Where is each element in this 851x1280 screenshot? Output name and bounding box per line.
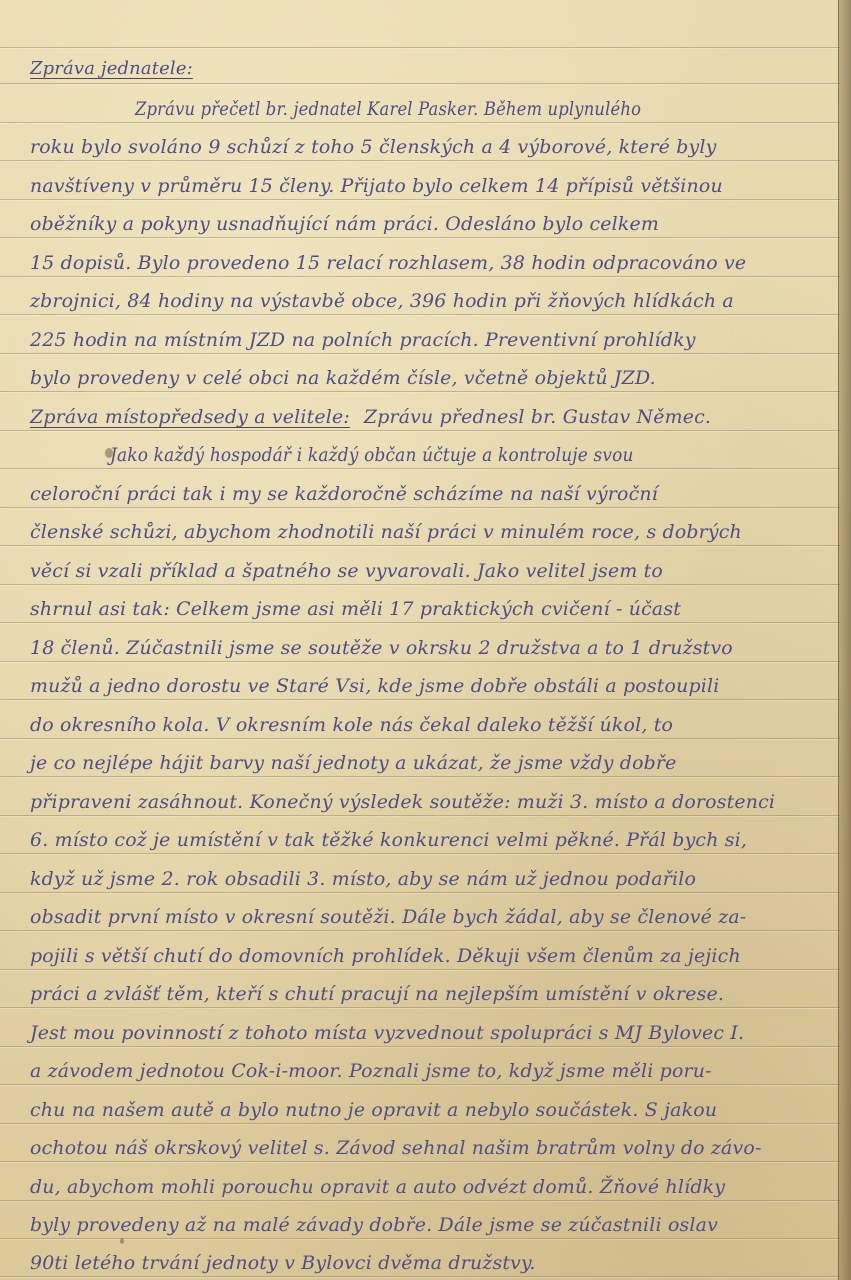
text-line: pojili s větší chutí do domovních prohlí…	[30, 947, 815, 966]
text-line: roku bylo svoláno 9 schůzí z toho 5 člen…	[30, 138, 815, 157]
ruled-line	[0, 353, 840, 354]
ruled-line	[0, 237, 840, 238]
text-line: 90ti letého trvání jednoty v Bylovci dvě…	[30, 1254, 815, 1273]
text-line: celoroční práci tak i my se každoročně s…	[30, 485, 815, 504]
text-line: 15 dopisů. Bylo provedeno 15 relací rozh…	[30, 254, 815, 273]
ruled-line	[0, 930, 840, 931]
ruled-line	[0, 969, 840, 970]
ruled-line	[0, 584, 840, 585]
ruled-line	[0, 507, 840, 508]
text-line: obsadit první místo v okresní soutěži. D…	[30, 908, 815, 927]
ledger-page: Zpráva jednatele: Zprávu přečetl br. jed…	[0, 0, 851, 1280]
ruled-line	[0, 1046, 840, 1047]
ruled-line	[0, 160, 840, 161]
text-line: zbrojnici, 84 hodiny na výstavbě obce, 3…	[30, 292, 815, 311]
text-line: ochotou náš okrskový velitel s. Závod se…	[30, 1139, 815, 1158]
text-line: Zprávu přečetl br. jednatel Karel Pasker…	[135, 100, 815, 119]
ruled-line	[0, 699, 840, 700]
ruled-line	[0, 1200, 840, 1201]
ruled-line	[0, 892, 840, 893]
text-line: členské schůzi, abychom zhodnotili naší …	[30, 523, 815, 542]
ruled-line	[0, 1123, 840, 1124]
ruled-line	[0, 815, 840, 816]
ruled-line	[0, 776, 840, 777]
ruled-line	[0, 391, 840, 392]
text-line: připraveni zasáhnout. Konečný výsledek s…	[30, 793, 815, 812]
text-line: Jest mou povinností z tohoto místa vyzve…	[30, 1024, 815, 1043]
ruled-line	[0, 468, 840, 469]
ruled-line	[0, 1276, 840, 1277]
text-line: věcí si vzali příklad a špatného se vyva…	[30, 562, 815, 581]
ruled-line	[0, 47, 840, 48]
ruled-line	[0, 545, 840, 546]
ruled-line	[0, 83, 840, 84]
text-line: 6. místo což je umístění v tak těžké kon…	[30, 831, 815, 850]
text-line: chu na našem autě a bylo nutno je opravi…	[30, 1101, 815, 1120]
text-line: navštíveny v průměru 15 členy. Přijato b…	[30, 177, 815, 196]
text-line: oběžníky a pokyny usnadňující nám práci.…	[30, 215, 815, 234]
ruled-line	[0, 1007, 840, 1008]
text-line: do okresního kola. V okresním kole nás č…	[30, 716, 815, 735]
text-line: bylo provedeny v celé obci na každém čís…	[30, 369, 815, 388]
text-line: když už jsme 2. rok obsadili 3. místo, a…	[30, 870, 815, 889]
ruled-line	[0, 622, 840, 623]
text-line: 225 hodin na místním JZD na polních prac…	[30, 331, 815, 350]
section-heading-velitel: Zpráva místopředsedy a velitele:	[30, 406, 350, 428]
section-heading-row: Zpráva místopředsedy a velitele:Zprávu p…	[30, 408, 815, 427]
ruled-line	[0, 314, 840, 315]
text-line: shrnul asi tak: Celkem jsme asi měli 17 …	[30, 600, 815, 619]
ruled-line	[0, 430, 840, 431]
ruled-line	[0, 738, 840, 739]
ink-stain	[120, 1238, 124, 1244]
ruled-line	[0, 1084, 840, 1085]
text-line: je co nejlépe hájit barvy naší jednoty a…	[30, 754, 815, 773]
text-line: 18 členů. Zúčastnili jsme se soutěže v o…	[30, 639, 815, 658]
ruled-line	[0, 853, 840, 854]
page-binding-edge	[838, 0, 851, 1280]
ruled-line	[0, 122, 840, 123]
ruled-line	[0, 1238, 840, 1239]
text-line: du, abychom mohli porouchu opravit a aut…	[30, 1178, 815, 1197]
section-heading-jednatel: Zpráva jednatele:	[30, 60, 815, 78]
text-line: práci a zvlášť těm, kteří s chutí pracuj…	[30, 985, 815, 1004]
ruled-line	[0, 1161, 840, 1162]
ruled-line	[0, 276, 840, 277]
text-line: byly provedeny až na malé závady dobře. …	[30, 1216, 815, 1235]
section-heading-tail: Zprávu přednesl br. Gustav Němec.	[364, 406, 711, 428]
ruled-line	[0, 661, 840, 662]
text-line: mužů a jedno dorostu ve Staré Vsi, kde j…	[30, 677, 815, 696]
text-line: Jako každý hospodář i každý občan účtuje…	[110, 446, 815, 465]
ruled-line	[0, 199, 840, 200]
text-line: a závodem jednotou Cok-i-moor. Poznali j…	[30, 1062, 815, 1081]
